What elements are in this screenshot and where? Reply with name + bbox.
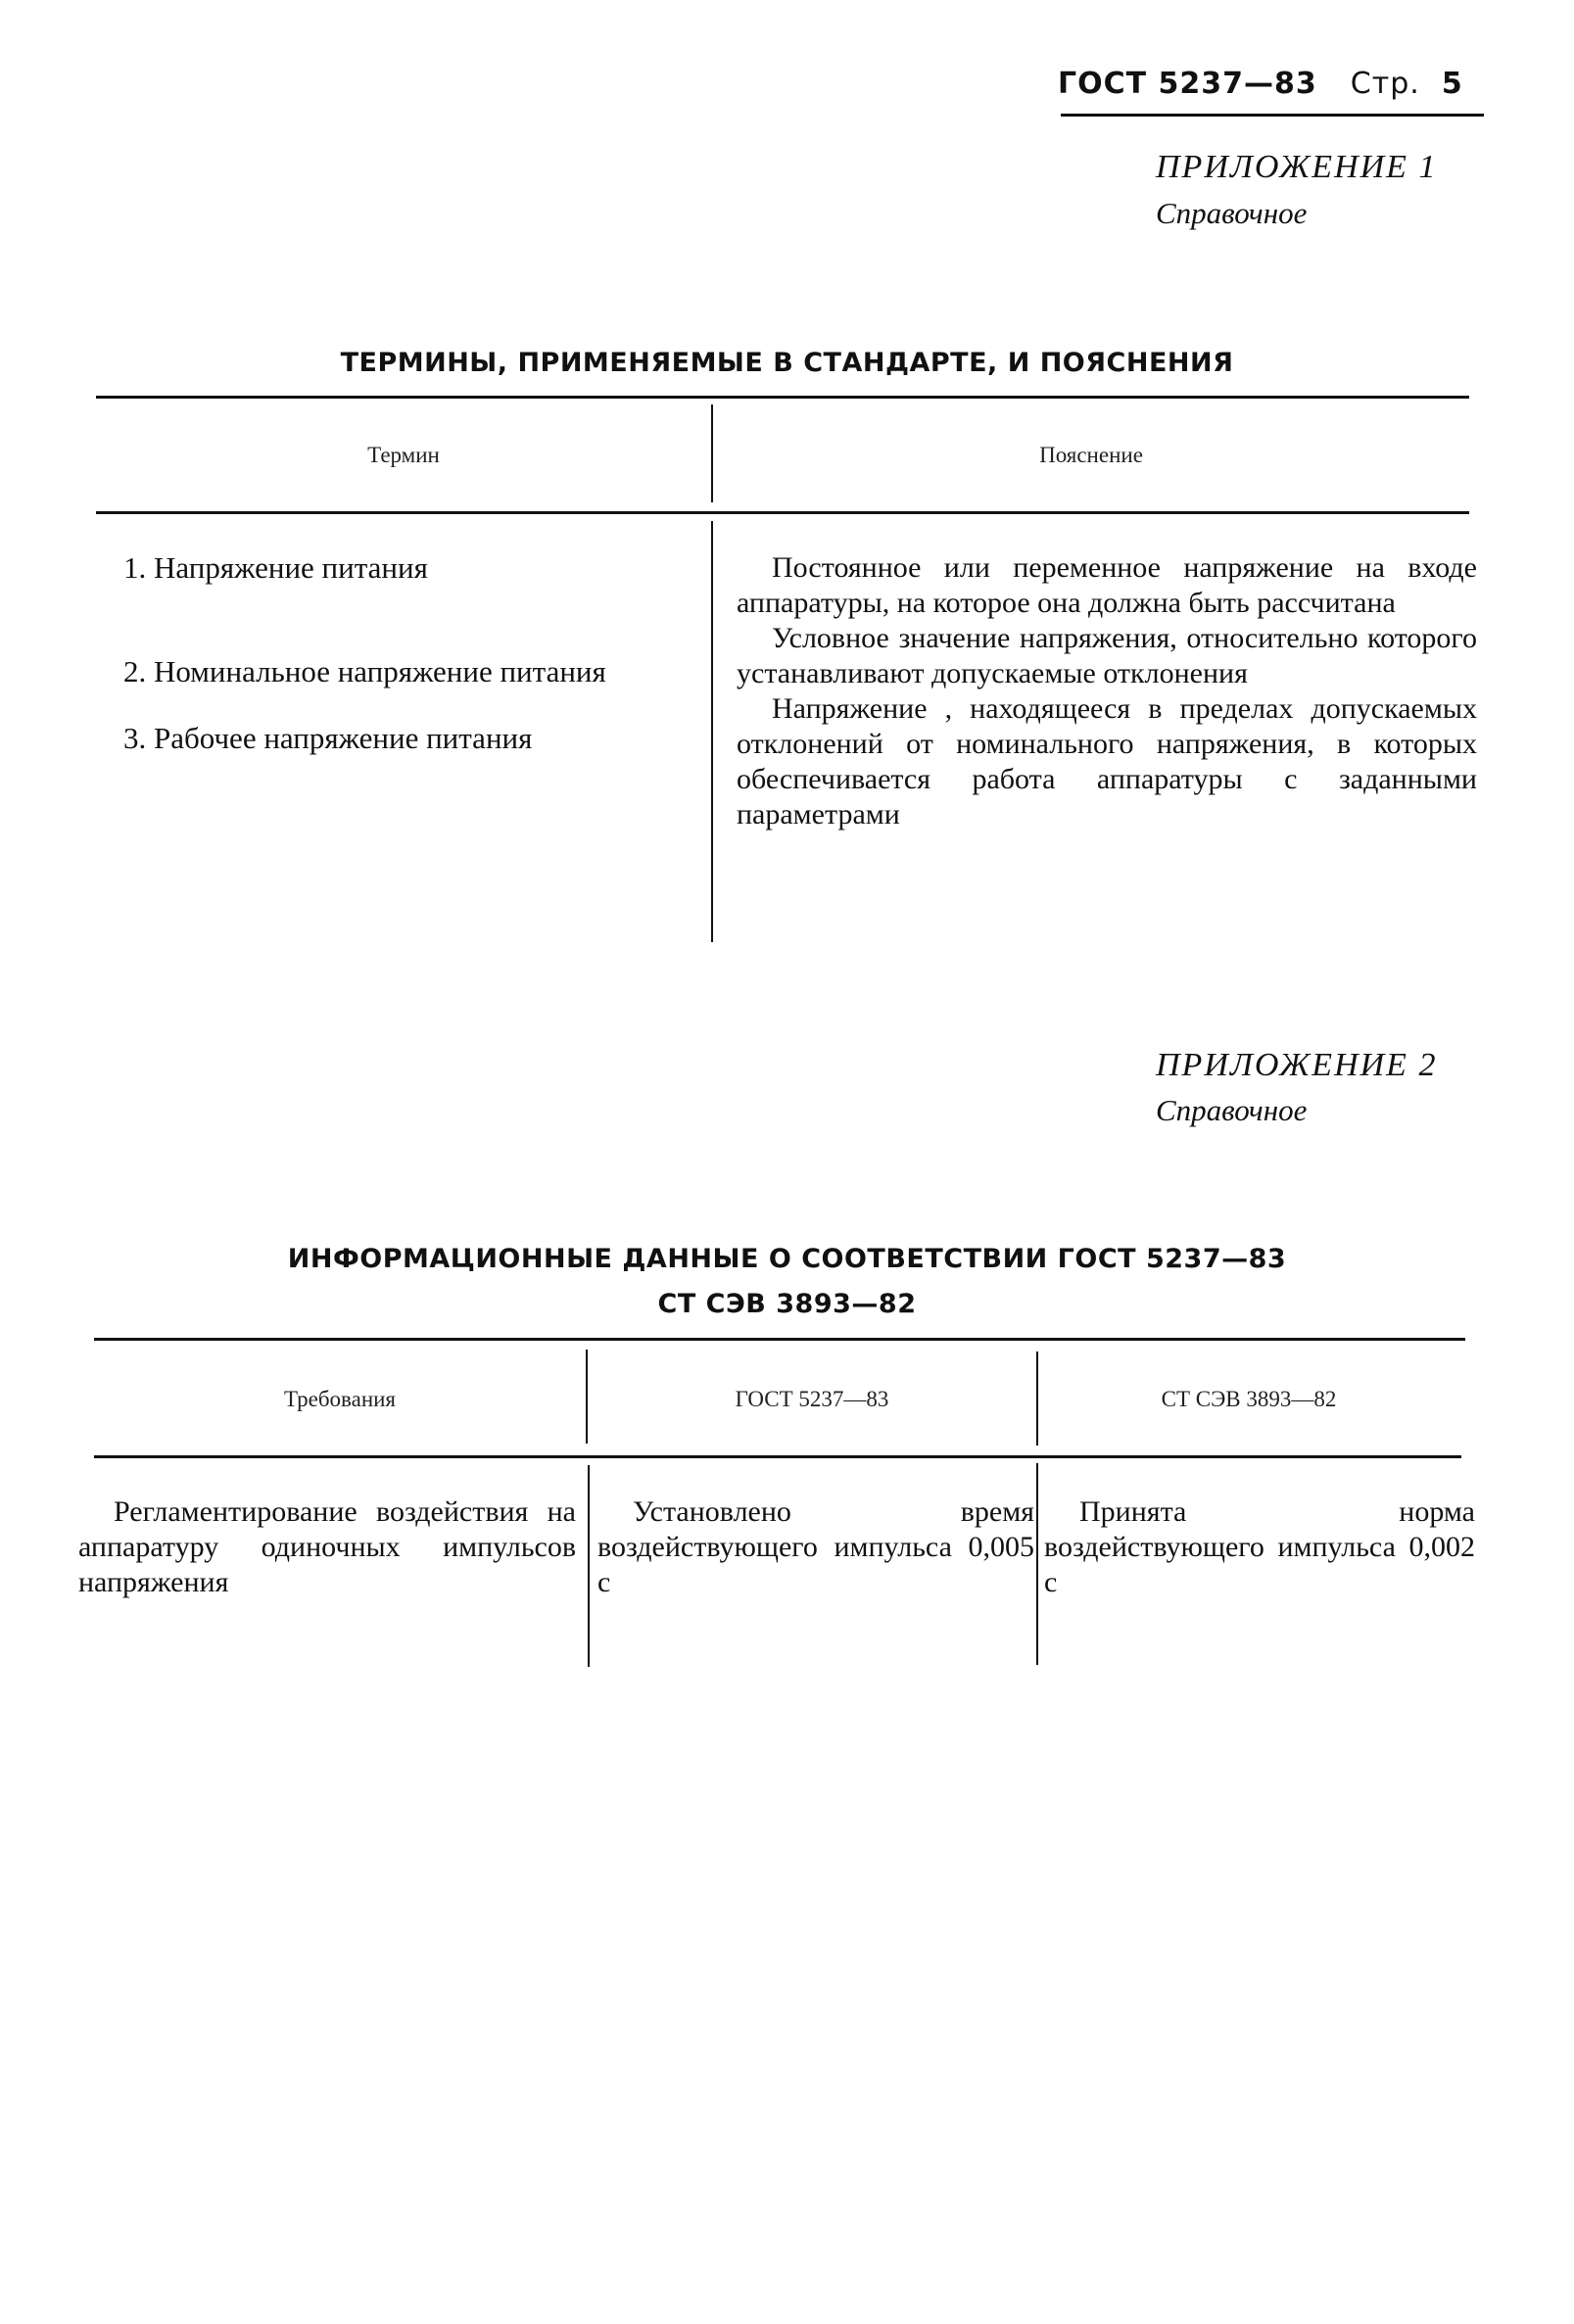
st-sev-cell: Принята норма воздействующего импульса 0… — [1044, 1494, 1475, 1600]
gost-cell: Установлено время воздействующего импуль… — [597, 1494, 1034, 1600]
term-1: 1. Напряжение питания — [88, 550, 676, 586]
appendix1-label: ПРИЛОЖЕНИЕ 1 — [1156, 149, 1437, 186]
appendix2-title-line2: СТ СЭВ 3893—82 — [0, 1289, 1574, 1319]
header-bottom-rule — [96, 511, 1469, 514]
appendix2-title-line1: ИНФОРМАЦИОННЫЕ ДАННЫЕ О СООТВЕТСТВИИ ГОС… — [0, 1244, 1574, 1274]
appendix1-title: ТЕРМИНЫ, ПРИМЕНЯЕМЫЕ В СТАНДАРТЕ, И ПОЯС… — [0, 348, 1574, 378]
appendix2-type: Справочное — [1156, 1093, 1307, 1128]
header-bottom-rule — [94, 1455, 1461, 1458]
term-2: 2. Номинальное напряжение питания — [88, 654, 676, 689]
running-header: ГОСТ 5237—83Стр.5 — [1058, 67, 1463, 101]
st-sev-text: Принята норма воздействующего импульса 0… — [1044, 1494, 1475, 1600]
page-label: Стр. — [1351, 67, 1420, 101]
page-number: 5 — [1442, 67, 1463, 101]
column-header-gost: ГОСТ 5237—83 — [588, 1387, 1036, 1412]
column-header-term: Термин — [96, 443, 711, 468]
column-divider-2-body — [1036, 1463, 1038, 1665]
gost-text: Установлено время воздействующего импуль… — [597, 1494, 1034, 1600]
appendix1-type: Справочное — [1156, 196, 1307, 231]
explanation-3: Напряжение , находящееся в пределах допу… — [737, 691, 1477, 832]
table-top-rule — [94, 1338, 1465, 1341]
explanation-1: Постоянное или переменное напряжение на … — [737, 550, 1477, 621]
terms-column: 1. Напряжение питания 2. Номинальное нап… — [88, 550, 676, 789]
explanation-2: Условное значение напряжения, относитель… — [737, 621, 1477, 691]
requirement-text: Регламентирование воздействия на аппарат… — [78, 1494, 576, 1600]
column-header-st-sev: СТ СЭВ 3893—82 — [1038, 1387, 1459, 1412]
explanations-column: Постоянное или переменное напряжение на … — [737, 550, 1477, 832]
requirement-cell: Регламентирование воздействия на аппарат… — [78, 1494, 576, 1600]
appendix2-label: ПРИЛОЖЕНИЕ 2 — [1156, 1047, 1437, 1084]
column-divider-1-body — [588, 1465, 590, 1667]
table-top-rule — [96, 396, 1469, 399]
column-header-requirement: Требования — [94, 1387, 586, 1412]
column-header-explanation: Пояснение — [713, 443, 1469, 468]
term-3: 3. Рабочее напряжение питания — [88, 721, 676, 756]
header-rule — [1061, 114, 1484, 117]
doc-id: ГОСТ 5237—83 — [1058, 67, 1317, 101]
column-divider-body — [711, 521, 713, 942]
